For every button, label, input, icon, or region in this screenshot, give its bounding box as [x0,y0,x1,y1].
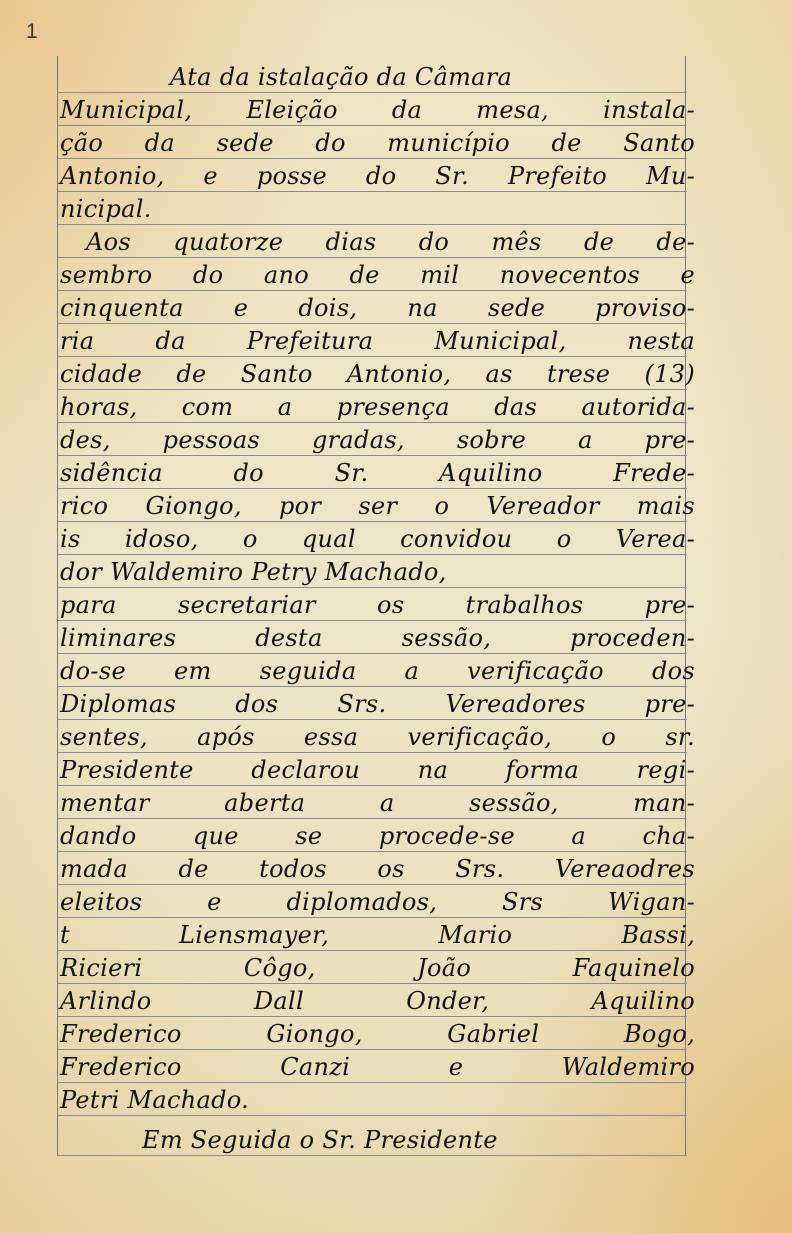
body-text: Frederico Canzi e Waldemiro [60,1053,695,1081]
body-text: cidade de Santo Antonio, as trese (13) [60,360,695,388]
body-text: Aos quatorze dias do mês de de- [60,228,695,256]
title-text: nicipal. [60,195,695,223]
body-line: horas, com a presença das autorida- [58,390,687,423]
body-line: sentes, após essa verificação, o sr. [58,720,687,753]
title-line: Municipal, Eleição da mesa, instala- [58,93,687,126]
body-line: ria da Prefeitura Municipal, nesta [58,324,687,357]
body-text: sentes, após essa verificação, o sr. [60,723,695,751]
body-text: ria da Prefeitura Municipal, nesta [60,327,695,355]
body-text: liminares desta sessão, proceden- [60,624,695,652]
body-line: dor Waldemiro Petry Machado, [58,555,687,588]
body-text: sidência do Sr. Aquilino Frede- [60,459,695,487]
body-line: mada de todos os Srs. Vereaodres [58,852,687,885]
body-line: sembro do ano de mil novecentos e [58,258,687,291]
body-line: is idoso, o qual convidou o Verea- [58,522,687,555]
body-line: sidência do Sr. Aquilino Frede- [58,456,687,489]
body-line: dando que se procede-se a cha- [58,819,687,852]
body-text: Diplomas dos Srs. Vereadores pre- [60,690,695,718]
body-line: Arlindo Dall Onder, Aquilino [58,984,687,1017]
body-text: t Liensmayer, Mario Bassi, [60,921,695,949]
body-text: para secretariar os trabalhos pre- [60,591,695,619]
body-text: dor Waldemiro Petry Machado, [60,558,695,586]
body-text: Presidente declarou na forma regi- [60,756,695,784]
title-line: ção da sede do município de Santo [58,126,687,159]
title-line: Ata da istalação da Câmara [58,56,687,93]
body-line: Aos quatorze dias do mês de de- [58,225,687,258]
body-text: cinquenta e dois, na sede proviso- [60,294,695,322]
body-text: do-se em seguida a verificação dos [60,657,695,685]
body-line: t Liensmayer, Mario Bassi, [58,918,687,951]
page-number: 1 [26,20,38,44]
body-text: Frederico Giongo, Gabriel Bogo, [60,1020,695,1048]
body-line: des, pessoas gradas, sobre a pre- [58,423,687,456]
body-text: des, pessoas gradas, sobre a pre- [60,426,695,454]
body-text: dando que se procede-se a cha- [60,822,695,850]
body-text: Petri Machado. [60,1086,695,1114]
body-text: mada de todos os Srs. Vereaodres [60,855,695,883]
body-text: Em Seguida o Sr. Presidente [60,1126,695,1154]
body-line: Frederico Canzi e Waldemiro [58,1050,687,1083]
body-text: eleitos e diplomados, Srs Wigan- [60,888,695,916]
body-line: Petri Machado. [58,1083,687,1116]
title-line: Antonio, e posse do Sr. Prefeito Mu- [58,159,687,192]
body-line: para secretariar os trabalhos pre- [58,588,687,621]
body-line: Ricieri Côgo, João Faquinelo [58,951,687,984]
body-line: cidade de Santo Antonio, as trese (13) [58,357,687,390]
body-line: do-se em seguida a verificação dos [58,654,687,687]
title-text: Antonio, e posse do Sr. Prefeito Mu- [60,162,695,190]
body-text: is idoso, o qual convidou o Verea- [60,525,695,553]
body-text: Ricieri Côgo, João Faquinelo [60,954,695,982]
title-line: nicipal. [58,192,687,225]
body-line: Presidente declarou na forma regi- [58,753,687,786]
body-text: mentar aberta a sessão, man- [60,789,695,817]
body-line: mentar aberta a sessão, man- [58,786,687,819]
body-line: Frederico Giongo, Gabriel Bogo, [58,1017,687,1050]
title-text: ção da sede do município de Santo [60,129,695,157]
body-text: rico Giongo, por ser o Vereador mais [60,492,695,520]
body-line: Diplomas dos Srs. Vereadores pre- [58,687,687,720]
title-text: Ata da istalação da Câmara [60,63,695,91]
body-line: cinquenta e dois, na sede proviso- [58,291,687,324]
body-line: eleitos e diplomados, Srs Wigan- [58,885,687,918]
title-text: Municipal, Eleição da mesa, instala- [60,96,695,124]
body-line: rico Giongo, por ser o Vereador mais [58,489,687,522]
body-line: liminares desta sessão, proceden- [58,621,687,654]
body-text: Arlindo Dall Onder, Aquilino [60,987,695,1015]
body-text: sembro do ano de mil novecentos e [60,261,695,289]
body-text: horas, com a presença das autorida- [60,393,695,421]
body-line: Em Seguida o Sr. Presidente [58,1116,687,1156]
ruled-page: Ata da istalação da Câmara Municipal, El… [57,56,686,1156]
